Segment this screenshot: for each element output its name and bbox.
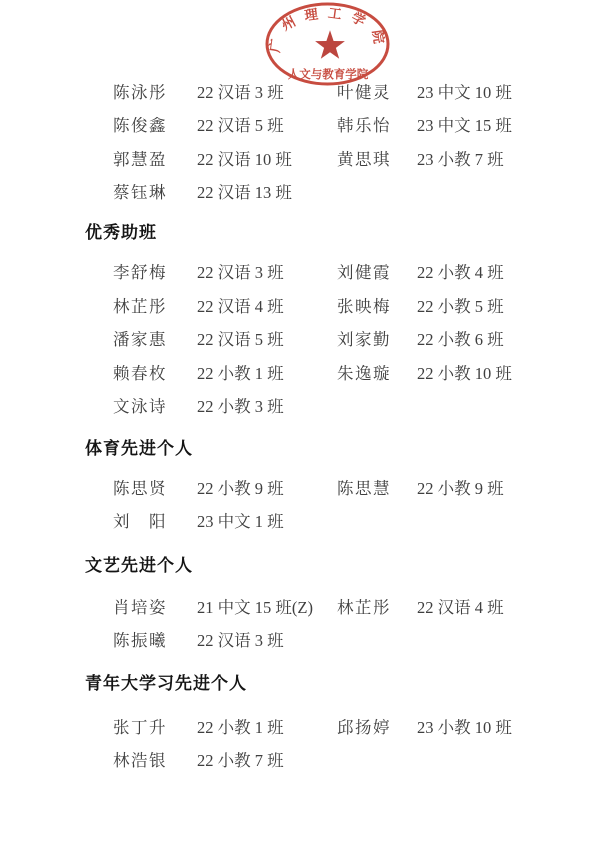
student-name: 邱扬婷 [337,714,417,738]
class-label: 22 汉语 4 班 [417,594,593,618]
student-name: 刘健霞 [337,259,417,283]
award-row: 陈思贤22 小教 9 班陈思慧22 小教 9 班 [113,470,593,504]
student-name: 潘家惠 [113,326,197,350]
seal-ring [267,4,388,84]
student-name: 林芷彤 [113,293,197,317]
award-row: 张丁升22 小教 1 班邱扬婷23 小教 10 班 [113,709,593,743]
student-name: 韩乐怡 [337,112,417,136]
class-label: 22 汉语 3 班 [197,79,337,103]
document-page: 广州理工学院 人文与教育学院 陈泳彤22 汉语 3 班叶健灵23 中文 10 班… [0,0,602,855]
student-name: 陈思贤 [113,475,197,499]
award-list-continuation: 陈泳彤22 汉语 3 班叶健灵23 中文 10 班陈俊鑫22 汉语 5 班韩乐怡… [113,74,593,208]
award-row: 蔡钰琳22 汉语 13 班 [113,175,593,209]
class-label: 22 汉语 5 班 [197,326,337,350]
award-row: 赖春枚22 小教 1 班朱逸璇22 小教 10 班 [113,355,593,389]
class-label: 22 汉语 13 班 [197,179,337,203]
award-row: 刘 阳23 中文 1 班 [113,504,593,538]
student-name: 陈思慧 [337,475,417,499]
student-name: 张丁升 [113,714,197,738]
class-label: 22 小教 9 班 [417,475,593,499]
star-icon [315,30,345,58]
class-label: 21 中文 15 班(Z) [197,594,337,618]
section-title-youth-study-advanced: 青年大学习先进个人 [85,671,247,697]
award-row: 文泳诗22 小教 3 班 [113,389,593,423]
student-name: 黄思琪 [337,146,417,170]
student-name: 陈振曦 [113,627,197,651]
student-name: 刘家勤 [337,326,417,350]
student-name: 陈泳彤 [113,79,197,103]
class-label: 22 汉语 3 班 [197,259,337,283]
class-label: 22 汉语 4 班 [197,293,337,317]
class-label: 22 小教 10 班 [417,360,593,384]
student-name: 文泳诗 [113,393,197,417]
student-name: 张映梅 [337,293,417,317]
award-list-youth-study-advanced: 张丁升22 小教 1 班邱扬婷23 小教 10 班林浩银22 小教 7 班 [113,709,593,776]
class-label: 22 小教 4 班 [417,259,593,283]
class-label: 22 汉语 10 班 [197,146,337,170]
student-name: 林芷彤 [337,594,417,618]
award-row: 郭慧盈22 汉语 10 班黄思琪23 小教 7 班 [113,141,593,175]
class-label: 23 小教 7 班 [417,146,593,170]
class-label: 22 小教 6 班 [417,326,593,350]
award-row: 陈泳彤22 汉语 3 班叶健灵23 中文 10 班 [113,74,593,108]
student-name: 肖培姿 [113,594,197,618]
class-label: 23 中文 10 班 [417,79,593,103]
award-row: 林浩银22 小教 7 班 [113,743,593,777]
student-name: 赖春枚 [113,360,197,384]
class-label: 23 中文 15 班 [417,112,593,136]
award-row: 肖培姿21 中文 15 班(Z)林芷彤22 汉语 4 班 [113,589,593,623]
award-list-arts-advanced: 肖培姿21 中文 15 班(Z)林芷彤22 汉语 4 班陈振曦22 汉语 3 班 [113,589,593,656]
class-label: 22 小教 5 班 [417,293,593,317]
class-label: 23 小教 10 班 [417,714,593,738]
section-title-sports-advanced: 体育先进个人 [85,436,193,462]
award-list-excellent-assistant: 李舒梅22 汉语 3 班刘健霞22 小教 4 班林芷彤22 汉语 4 班张映梅2… [113,255,593,423]
class-label: 22 小教 1 班 [197,714,337,738]
award-row: 陈俊鑫22 汉语 5 班韩乐怡23 中文 15 班 [113,108,593,142]
student-name: 林浩银 [113,747,197,771]
student-name: 叶健灵 [337,79,417,103]
class-label: 22 小教 1 班 [197,360,337,384]
student-name: 刘 阳 [113,508,197,532]
class-label: 22 汉语 3 班 [197,627,337,651]
student-name: 朱逸璇 [337,360,417,384]
seal-university-text: 广州理工学院 [266,5,389,53]
class-label: 22 小教 3 班 [197,393,337,417]
class-label: 22 小教 7 班 [197,747,337,771]
student-name: 蔡钰琳 [113,179,197,203]
student-name: 陈俊鑫 [113,112,197,136]
award-row: 李舒梅22 汉语 3 班刘健霞22 小教 4 班 [113,255,593,289]
award-list-sports-advanced: 陈思贤22 小教 9 班陈思慧22 小教 9 班刘 阳23 中文 1 班 [113,470,593,537]
section-title-arts-advanced: 文艺先进个人 [85,553,193,579]
class-label: 23 中文 1 班 [197,508,337,532]
award-row: 潘家惠22 汉语 5 班刘家勤22 小教 6 班 [113,322,593,356]
section-title-excellent-assistant: 优秀助班 [85,220,157,246]
student-name: 李舒梅 [113,259,197,283]
award-row: 林芷彤22 汉语 4 班张映梅22 小教 5 班 [113,288,593,322]
student-name: 郭慧盈 [113,146,197,170]
award-row: 陈振曦22 汉语 3 班 [113,623,593,657]
class-label: 22 汉语 5 班 [197,112,337,136]
class-label: 22 小教 9 班 [197,475,337,499]
